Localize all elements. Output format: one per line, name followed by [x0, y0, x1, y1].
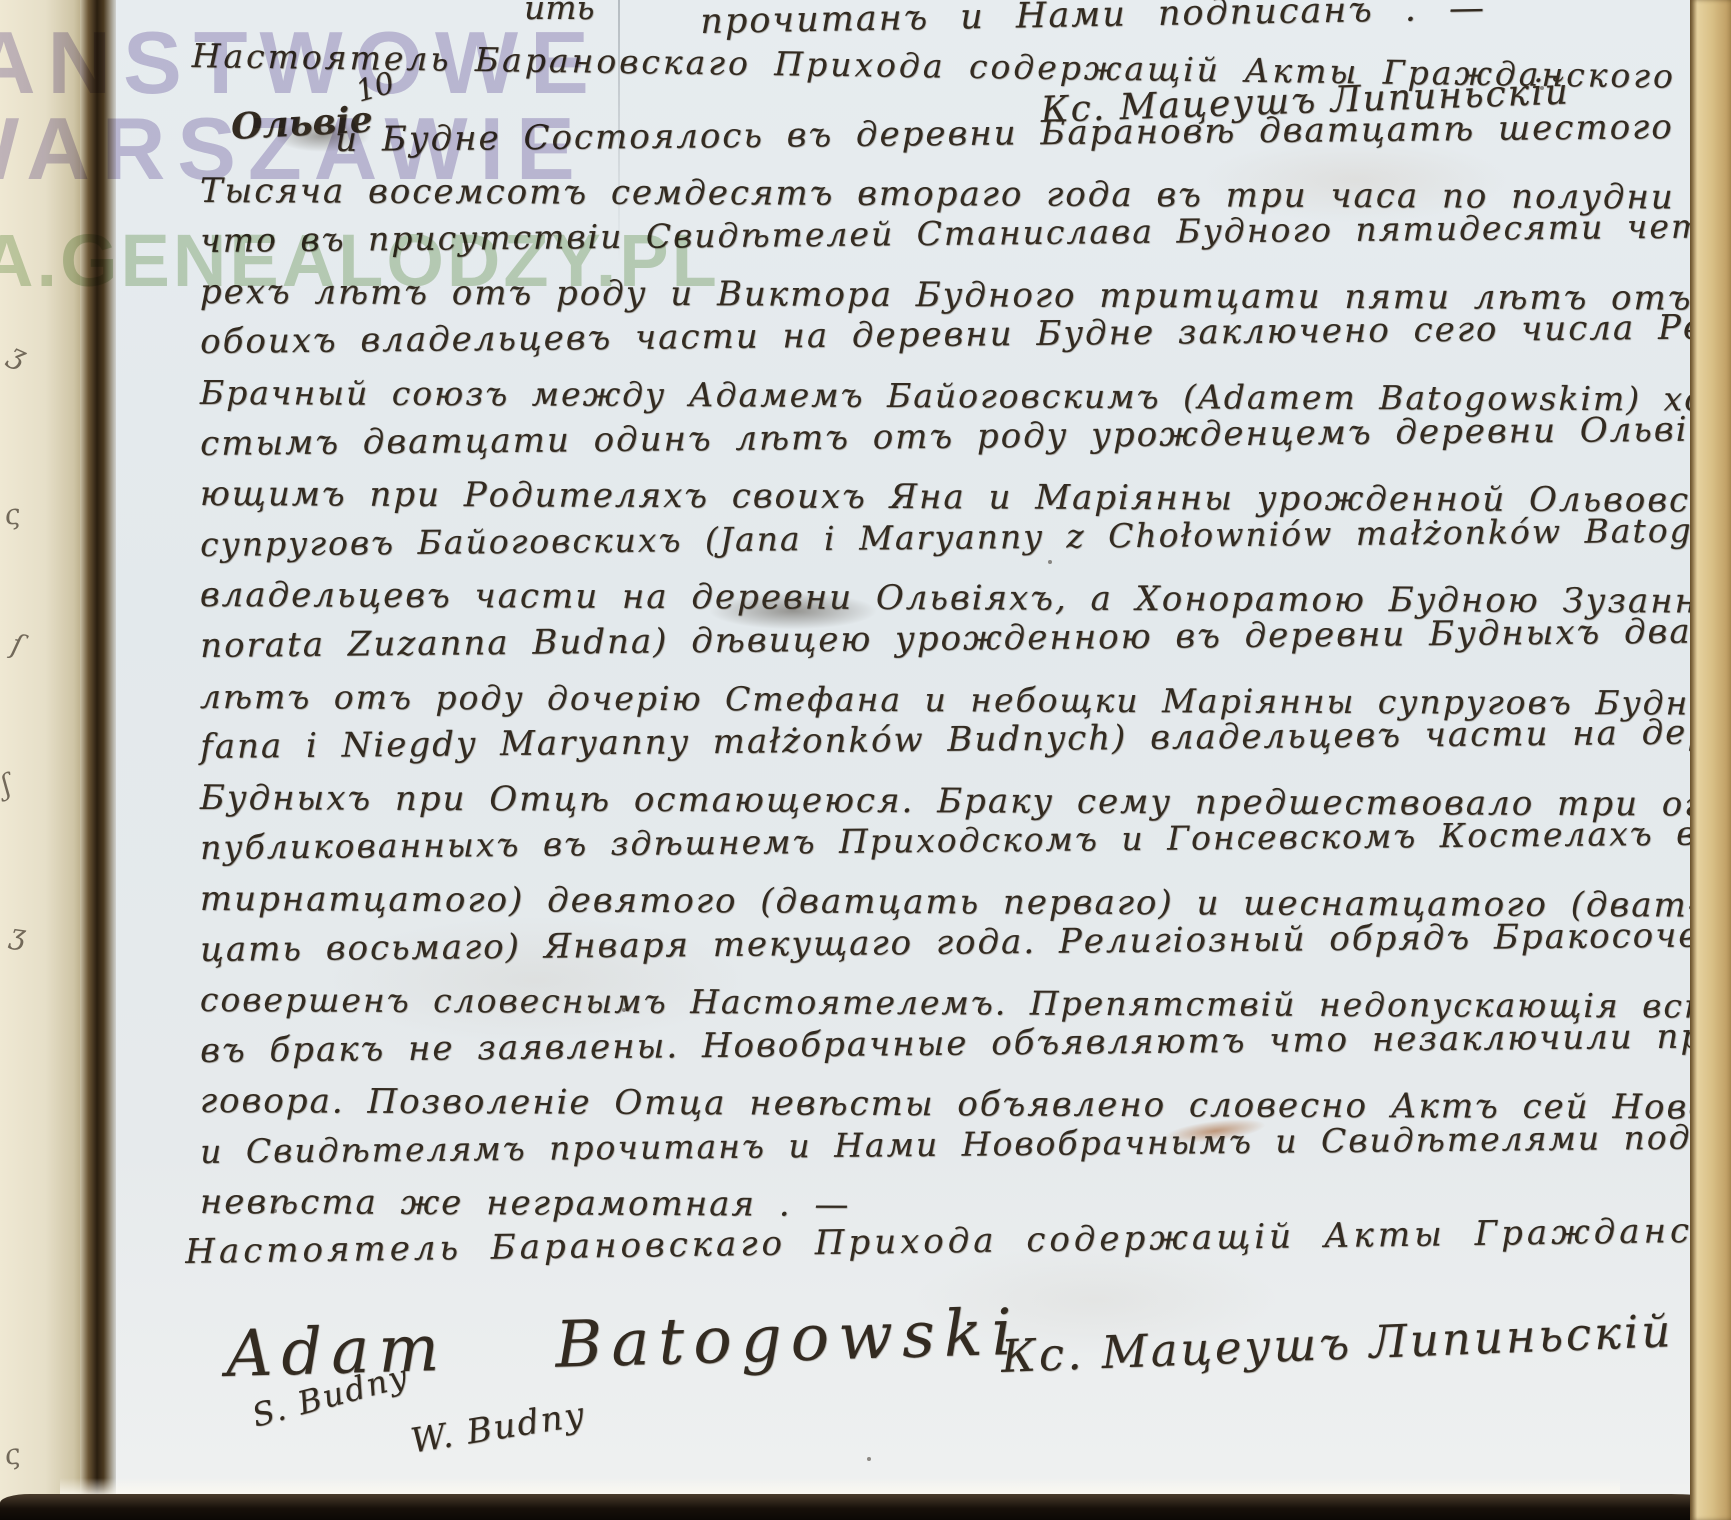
page-edge-right [1690, 0, 1731, 1520]
stray-ink-fragment: ʃ [0, 768, 15, 802]
stray-ink-fragment: ʒ [4, 336, 32, 373]
record-line: невѣста же неграмотная . — [200, 1182, 851, 1225]
page-curve-highlight [60, 1478, 1620, 1494]
stray-ink-fragment: ς [1, 1437, 23, 1473]
archive-watermark-line2: WARSZAWIE [0, 98, 587, 200]
stray-ink-fragment: ʒ [8, 917, 28, 952]
stray-ink-fragment: ς [1, 497, 22, 532]
paper-speck [867, 1457, 871, 1461]
document-scan: ʒ ς ſ ʃ ʒ ς ить прочитанъ и Нами подписа… [0, 0, 1731, 1520]
scan-bottom-edge [0, 1494, 1731, 1520]
paper-speck [1048, 560, 1052, 564]
genealogy-watermark: A.GENEALODZY.PL [0, 218, 720, 303]
stray-ink-fragment: ſ [8, 627, 26, 662]
